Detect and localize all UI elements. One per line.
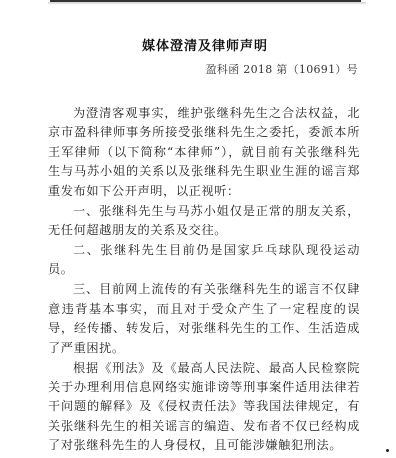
scan-speck xyxy=(386,449,389,452)
paragraph-legal-basis: 根据《刑法》及《最高人民法院、最高人民检察院关于办理利用信息网络实施诽谤等刑事案… xyxy=(48,359,360,456)
paragraph-intro: 为澄清客观事实，维护张继科先生之合法权益，北京市盈科律师事务所接受张继科先生之委… xyxy=(48,104,360,201)
page-shadow xyxy=(48,2,366,5)
paragraph-point-3: 三、目前网上流传的有关张继科先生的谣言不仅肆意违背基本事实，而且对于受众产生了一… xyxy=(48,280,360,358)
document-number: 盈科函 2018 第（10691）号 xyxy=(206,61,358,77)
document-title: 媒体澄清及律师声明 xyxy=(0,35,396,54)
paragraph-point-1: 一、张继科先生与马苏小姐仅是正常的朋友关系，无任何超越朋友的关系及交往。 xyxy=(48,202,360,241)
document-body: 为澄清客观事实，维护张继科先生之合法权益，北京市盈科律师事务所接受张继科先生之委… xyxy=(48,104,360,456)
paragraph-point-2: 二、张继科先生目前仍是国家乒乓球队现役运动员。 xyxy=(48,241,360,280)
